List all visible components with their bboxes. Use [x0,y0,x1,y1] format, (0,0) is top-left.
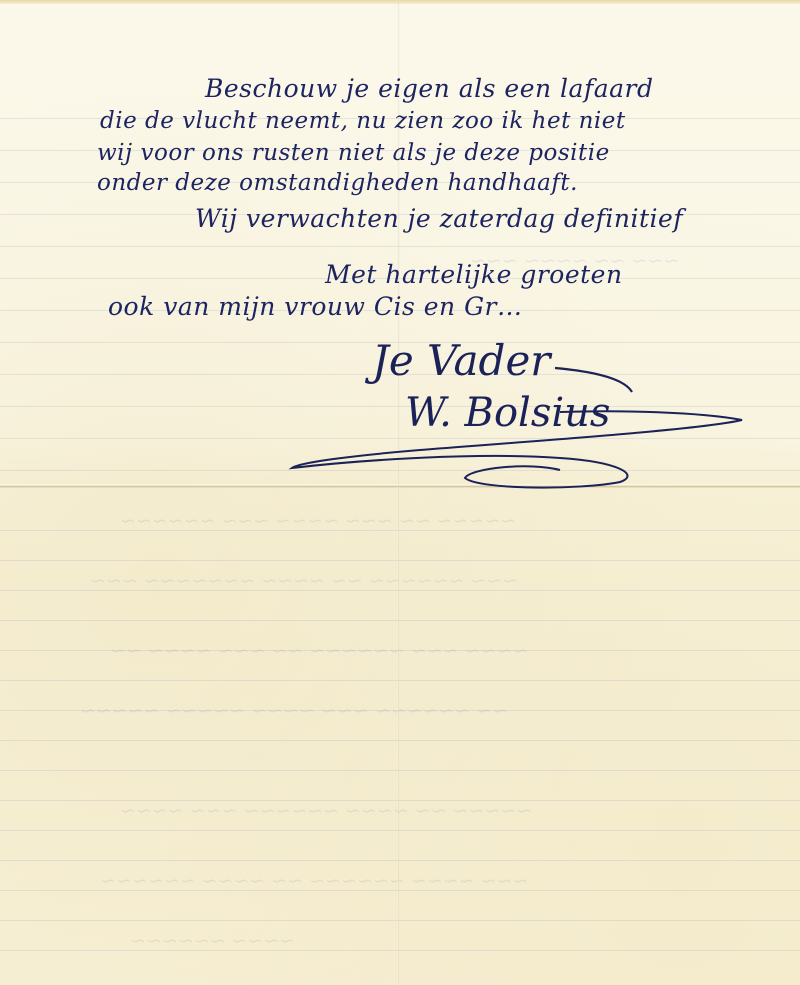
letter-page: ~~~ ~~ ~~~~ ~~~ ~~~~~ ~~ ~~~ ~~~~ ~~~ ~~… [0,0,800,985]
signature-flourish [0,0,800,985]
